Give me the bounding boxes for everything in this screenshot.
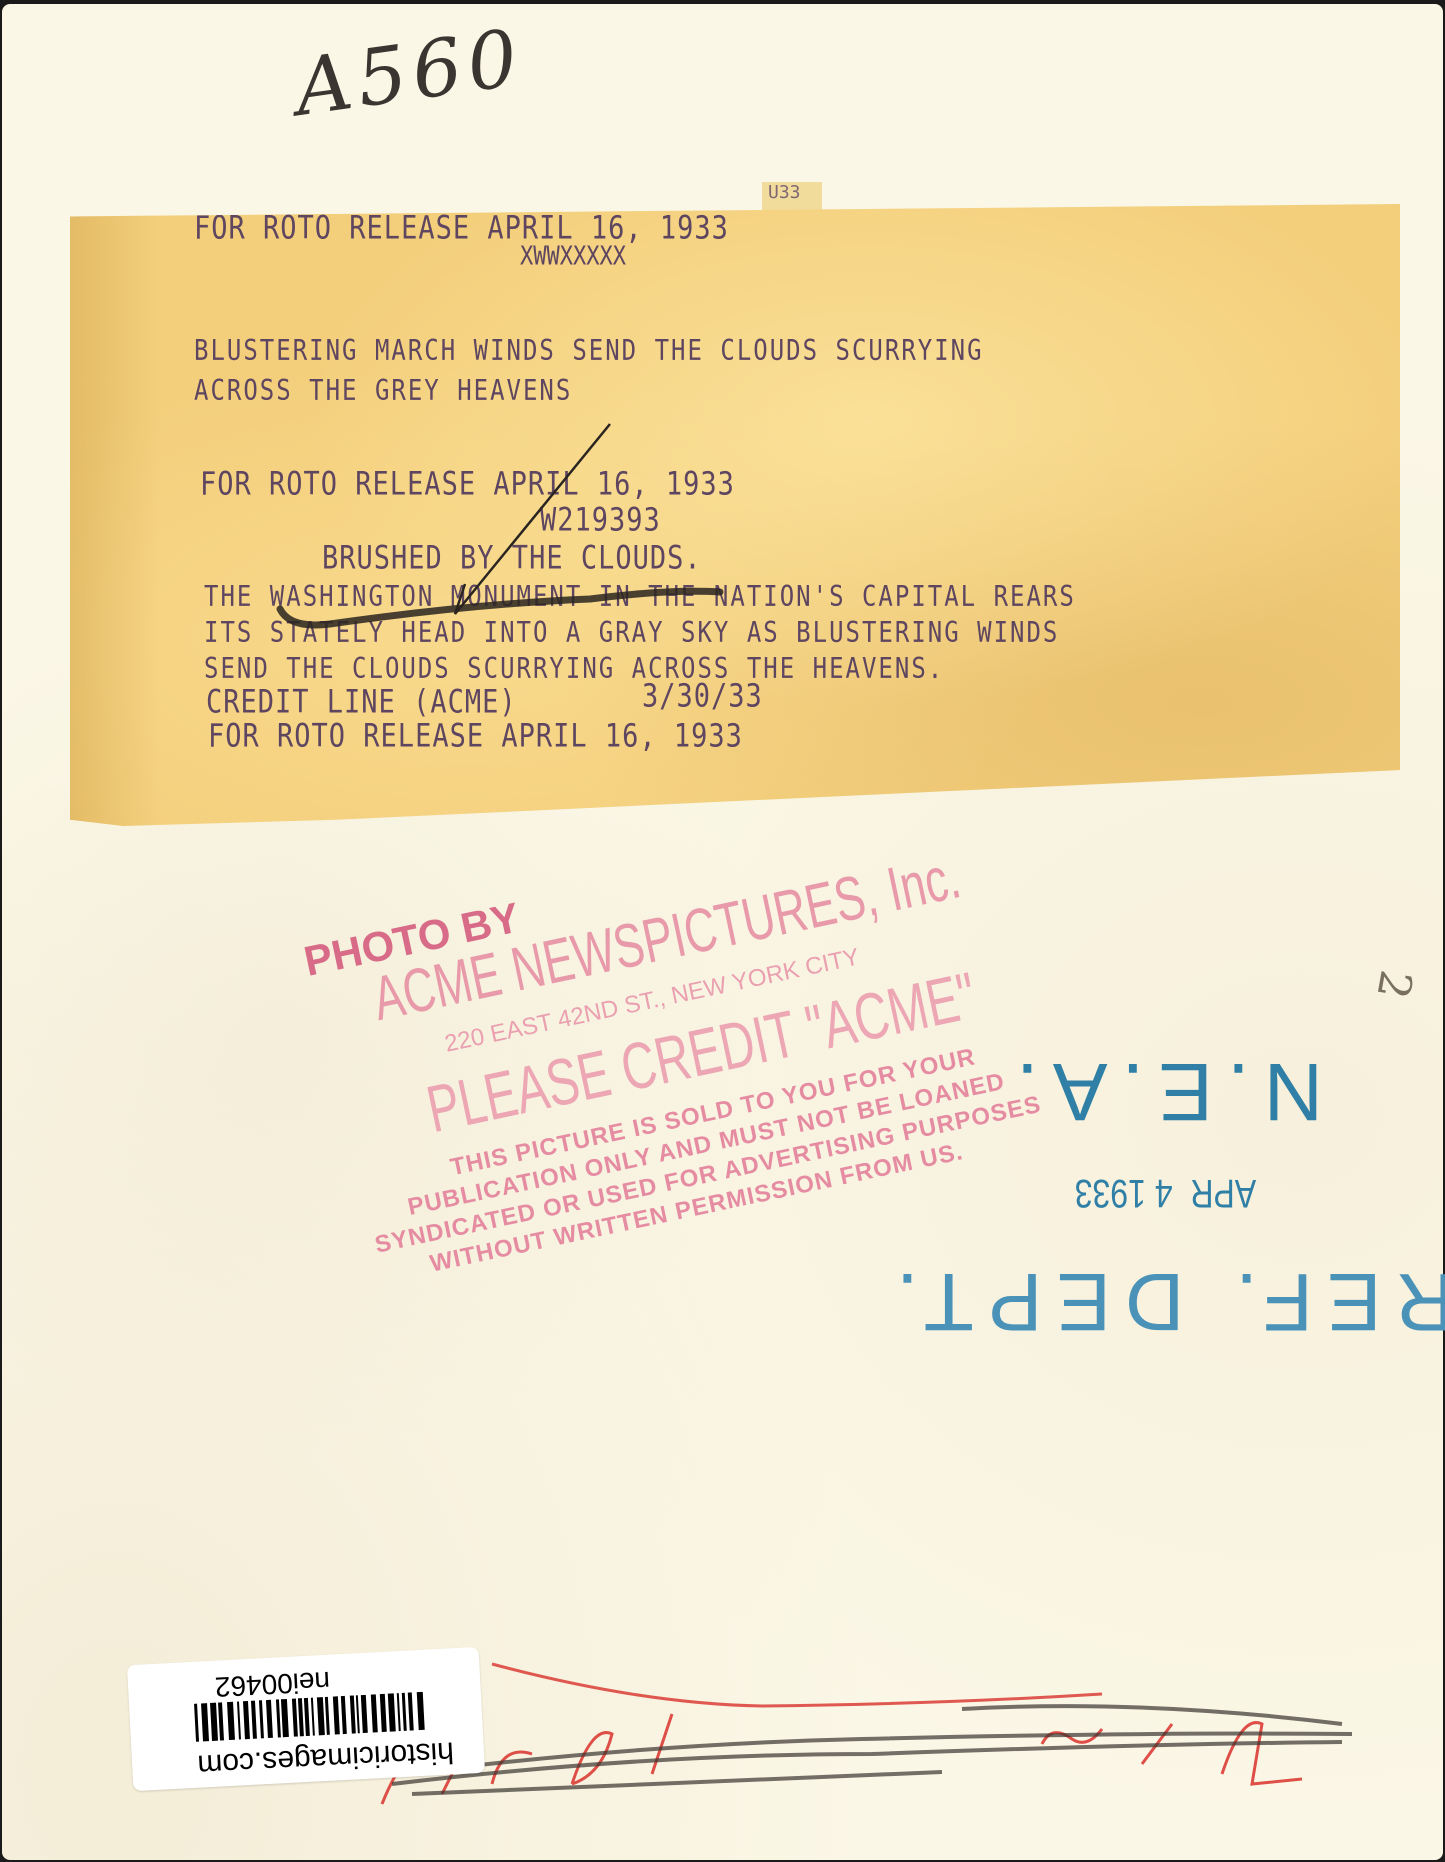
tape-fragment: U33 [762,182,822,212]
caption-1-line-2: ACROSS THE GREY HEAVENS [194,374,572,407]
release-line-1: FOR ROTO RELEASE APRIL 16, 1933 [194,210,729,247]
barcode-site: historicimages.com [197,1734,455,1781]
caption-1-line-1: BLUSTERING MARCH WINDS SEND THE CLOUDS S… [194,334,984,367]
nea-stamp-date: APR 4 1933 [1075,1170,1256,1215]
credit-line: CREDIT LINE (ACME) [206,684,517,721]
release-line-footer: FOR ROTO RELEASE APRIL 16, 1933 [208,718,743,755]
barcode-code: nei00462 [214,1665,331,1703]
crossed-out-scribble-icon [342,1654,1382,1814]
caption-date: 3/30/33 [642,678,763,715]
serial-number: W219393 [540,502,661,539]
handwritten-reference-number: A560 [289,13,529,134]
headline: BRUSHED BY THE CLOUDS. [322,540,702,577]
pencil-mark: 2 [1366,966,1421,1002]
caption-2-line-2: ITS STATELY HEAD INTO A GRAY SKY AS BLUS… [204,616,1059,649]
tape-fragment-text: U33 [768,182,801,203]
release-line-2: FOR ROTO RELEASE APRIL 16, 1933 [200,466,735,503]
barcode-label: historicimages.com nei00462 [127,1647,485,1791]
caption-2-line-3: SEND THE CLOUDS SCURRYING ACROSS THE HEA… [204,652,944,685]
caption-slip: FOR ROTO RELEASE APRIL 16, 1933 XWWXXXXX… [70,204,1400,826]
nea-stamp-dept: REF. DEPT. [882,1254,1445,1348]
caption-2-line-1: THE WASHINGTON MONUMENT IN THE NATION'S … [204,580,1076,613]
struck-serial: XWWXXXXX [520,242,626,272]
photo-back-paper: A560 U33 FOR ROTO RELEASE APRIL 16, 1933… [2,4,1443,1860]
nea-stamp-letters: N.E.A. [1002,1044,1323,1138]
